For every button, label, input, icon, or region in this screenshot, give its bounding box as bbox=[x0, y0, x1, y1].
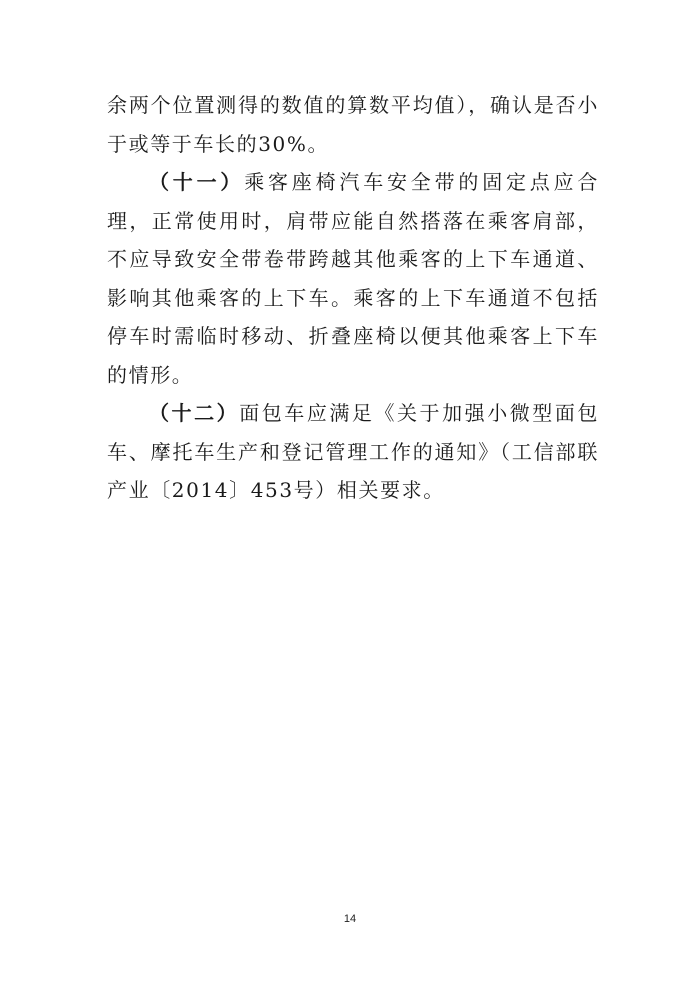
paragraph-item-12: （十二）面包车应满足《关于加强小微型面包车、摩托车生产和登记管理工作的通知》（工… bbox=[107, 394, 599, 510]
document-body: 余两个位置测得的数值的算数平均值），确认是否小于或等于车长的30%。 （十一）乘… bbox=[107, 86, 599, 510]
paragraph-heading: （十二） bbox=[149, 401, 239, 425]
paragraph-text: 余两个位置测得的数值的算数平均值），确认是否小于或等于车长的30%。 bbox=[107, 93, 599, 156]
page-number: 14 bbox=[0, 913, 700, 925]
document-page: 余两个位置测得的数值的算数平均值），确认是否小于或等于车长的30%。 （十一）乘… bbox=[0, 0, 700, 990]
paragraph-item-11: （十一）乘客座椅汽车安全带的固定点应合理，正常使用时，肩带应能自然搭落在乘客肩部… bbox=[107, 163, 599, 394]
paragraph-text: 乘客座椅汽车安全带的固定点应合理，正常使用时，肩带应能自然搭落在乘客肩部，不应导… bbox=[107, 170, 599, 387]
paragraph-heading: （十一） bbox=[149, 170, 244, 194]
paragraph-continuation: 余两个位置测得的数值的算数平均值），确认是否小于或等于车长的30%。 bbox=[107, 86, 599, 163]
